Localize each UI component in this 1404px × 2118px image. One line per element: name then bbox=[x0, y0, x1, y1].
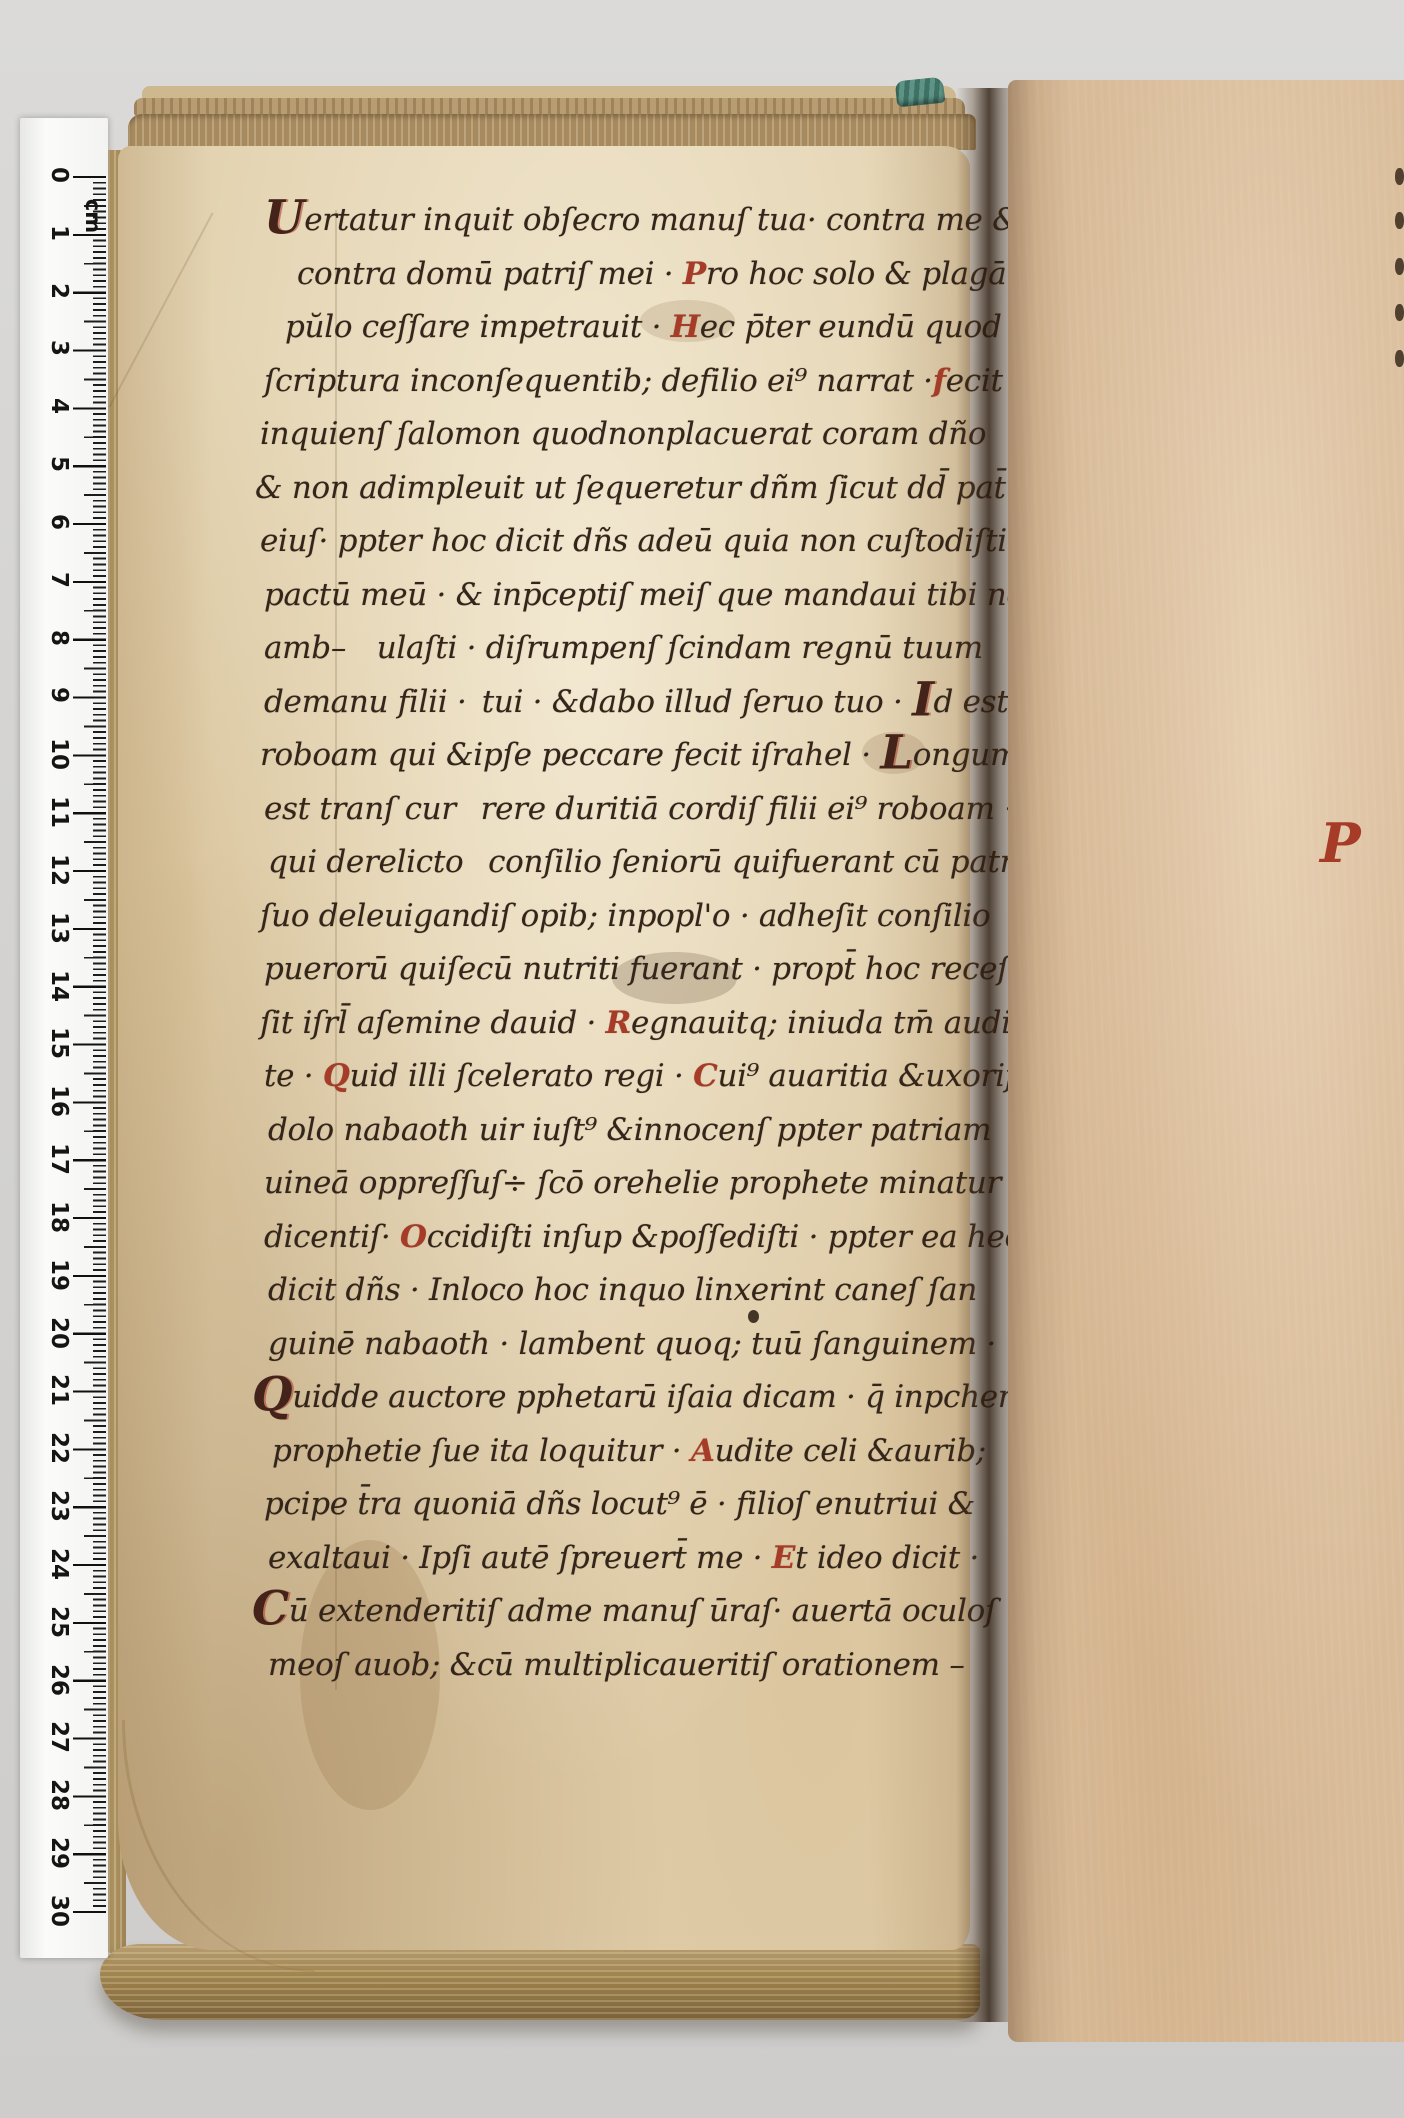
manuscript-text: est tranſ cur rere duritiā cordiſ filii … bbox=[264, 791, 1014, 827]
versal-initial: U bbox=[264, 190, 304, 245]
rubric-initial: C bbox=[693, 1058, 717, 1094]
manuscript-text: demanu filii · tui · &dabo illud ſeruo t… bbox=[264, 684, 912, 720]
leaf-edge bbox=[128, 114, 976, 150]
manuscript-text: ſit iſrl̄ aſemine dauid · bbox=[260, 1005, 606, 1041]
rubric-initial: E bbox=[772, 1540, 795, 1576]
rubric-initial: O bbox=[400, 1219, 427, 1255]
versal-initial: C bbox=[252, 1581, 289, 1636]
ruler-number: 12 bbox=[46, 854, 72, 884]
manuscript-text: ſuo deleuigandiſ opib; inpopl'o · adheſi… bbox=[260, 898, 990, 934]
ruler-number: 14 bbox=[46, 970, 72, 1000]
ruler-number: 8 bbox=[46, 623, 72, 653]
manuscript-text: t ideo dicit · bbox=[795, 1540, 979, 1576]
page-edges-top bbox=[128, 86, 976, 152]
ruler-number: 29 bbox=[46, 1837, 72, 1867]
manuscript-text: qui derelicto conſilio ſeniorū quifueran… bbox=[268, 844, 1032, 880]
page-edges-bottom bbox=[100, 1944, 980, 2020]
ruler-number: 28 bbox=[46, 1779, 72, 1809]
ruler-number: 6 bbox=[46, 507, 72, 537]
manuscript-text: te · bbox=[264, 1058, 323, 1094]
ruler-number: 13 bbox=[46, 912, 72, 942]
manuscript-text: eiuſ· ppter hoc dicit dñs adeū quia non … bbox=[260, 523, 1007, 559]
ruler-number: 11 bbox=[46, 796, 72, 826]
ruler-number: 9 bbox=[46, 680, 72, 710]
manuscript-text: exaltaui · Ipſi autē ſpreuert̄ me · bbox=[268, 1540, 772, 1576]
ruler-number: 0 bbox=[46, 160, 72, 190]
ruler: 0123456789101112131415161718192021222324… bbox=[20, 118, 108, 1958]
ruler-number: 17 bbox=[46, 1143, 72, 1173]
ruler-number: 25 bbox=[46, 1606, 72, 1636]
versal-initial: L bbox=[880, 725, 912, 780]
manuscript-text: udite celi &aurib; bbox=[715, 1433, 986, 1469]
ruler-number: 30 bbox=[46, 1895, 72, 1925]
manuscript-text: uineā oppreſſuſ÷ ſcō orehelie prophete m… bbox=[264, 1165, 1001, 1201]
ruler-ticks bbox=[72, 176, 106, 1916]
cropped-letter-fragment bbox=[1395, 168, 1404, 185]
manuscript-text: dicentiſ· bbox=[264, 1219, 400, 1255]
rubric-initial: R bbox=[606, 1005, 631, 1041]
ruler-number: 22 bbox=[46, 1432, 72, 1462]
manuscript-text: uidde auctore pphetarū iſaia dicam · q̄ … bbox=[292, 1379, 1055, 1415]
cropped-letter-fragment bbox=[1395, 258, 1404, 275]
facing-page-parchment: P bbox=[1008, 80, 1404, 2042]
ruler-number: 5 bbox=[46, 449, 72, 479]
manuscript-text: uid illi ſcelerato regi · bbox=[350, 1058, 694, 1094]
ruler-number: 4 bbox=[46, 391, 72, 421]
manuscript-text: guinē nabaoth · lambent quoq; tuū ſangui… bbox=[268, 1326, 996, 1362]
manuscript-text: amb– ulaſti · diſrumpenſ ſcindam regnū t… bbox=[264, 630, 983, 666]
cropped-letter-fragment bbox=[1395, 304, 1404, 321]
versal-initial: I bbox=[912, 671, 933, 726]
manuscript-text: pactū meū · & inp̄ceptiſ meiſ que mandau… bbox=[264, 577, 1044, 613]
rubric-initial: P bbox=[683, 256, 706, 292]
ruler-number: 26 bbox=[46, 1664, 72, 1694]
manuscript-text: meoſ auob; &cū multiplicaueritiſ oration… bbox=[268, 1647, 965, 1683]
ruler-number: 2 bbox=[46, 276, 72, 306]
manuscript-text: dicit dñs · Inloco hoc inquo linxerint c… bbox=[268, 1272, 977, 1308]
manuscript-text: puerorū quiſecū nutriti fuerant · propt̄… bbox=[264, 951, 1008, 987]
ruler-number: 18 bbox=[46, 1201, 72, 1231]
cropped-letter-fragment bbox=[1395, 350, 1404, 367]
manuscript-text: ſcriptura inconſequentib; defilio ei⁹ na… bbox=[264, 363, 933, 399]
manuscript-text: & non adimpleuit ut ſequeretur dñm ſicut… bbox=[255, 470, 1006, 506]
ruler-number: 1 bbox=[46, 218, 72, 248]
ruler-number: 23 bbox=[46, 1490, 72, 1520]
rubric-initial: f bbox=[933, 363, 946, 399]
manuscript-text: ertatur inquit obſecro manuſ tua· contra… bbox=[304, 202, 1034, 238]
ruler-number: 16 bbox=[46, 1085, 72, 1115]
rubric-initial: A bbox=[691, 1433, 715, 1469]
cropped-letter-fragment bbox=[1395, 212, 1404, 229]
manuscript-text: contra domū patriſ mei · bbox=[297, 256, 683, 292]
ruler-number: 20 bbox=[46, 1317, 72, 1347]
ruler-number: 24 bbox=[46, 1548, 72, 1578]
manuscript-text: pcipe t̄ra quoniā dñs locut⁹ ē · filioſ … bbox=[264, 1486, 975, 1522]
gutter-shadow bbox=[956, 88, 1016, 2022]
ruler-number: 15 bbox=[46, 1027, 72, 1057]
ruler-number: 21 bbox=[46, 1374, 72, 1404]
ruler-ticks-cm bbox=[73, 176, 106, 1916]
manuscript-text: dolo nabaoth uir iuſt⁹ &innocenſ ppter p… bbox=[268, 1112, 991, 1148]
manuscript-text: roboam qui &ipſe peccare fecit iſrahel · bbox=[260, 737, 880, 773]
manuscript-text: ccidiſti inſup &poſſediſti · ppter ea he… bbox=[427, 1219, 1022, 1255]
manuscript-photo: Uertatur inquit obſecro manuſ tua· contr… bbox=[0, 0, 1404, 2118]
manuscript-text: prophetie ſue ita loquitur · bbox=[272, 1433, 691, 1469]
ruler-number: 19 bbox=[46, 1259, 72, 1289]
manuscript-text: ū extenderitiſ adme manuſ ūraſ· auertā o… bbox=[289, 1593, 997, 1629]
ruler-number: 7 bbox=[46, 565, 72, 595]
rubric-initial: H bbox=[671, 309, 700, 345]
ruler-number: 27 bbox=[46, 1721, 72, 1751]
ruler-unit-label: cm bbox=[81, 199, 105, 233]
manuscript-text: pŭlo ceſſare impetrauit · bbox=[285, 309, 671, 345]
endband-bookmark bbox=[895, 77, 945, 108]
manuscript-text: inquienſ ſalomon quodnonplacuerat coram … bbox=[260, 416, 986, 452]
ruler-number: 3 bbox=[46, 333, 72, 363]
manuscript-text: egnauitq; iniuda tm̄ audi bbox=[631, 1005, 1011, 1041]
ruler-number: 10 bbox=[46, 738, 72, 768]
rubric-initial: Q bbox=[323, 1058, 350, 1094]
versal-initial: Q bbox=[252, 1367, 292, 1422]
corner-leaf-curve bbox=[122, 1720, 315, 1972]
facing-page-initial: P bbox=[1320, 816, 1361, 870]
